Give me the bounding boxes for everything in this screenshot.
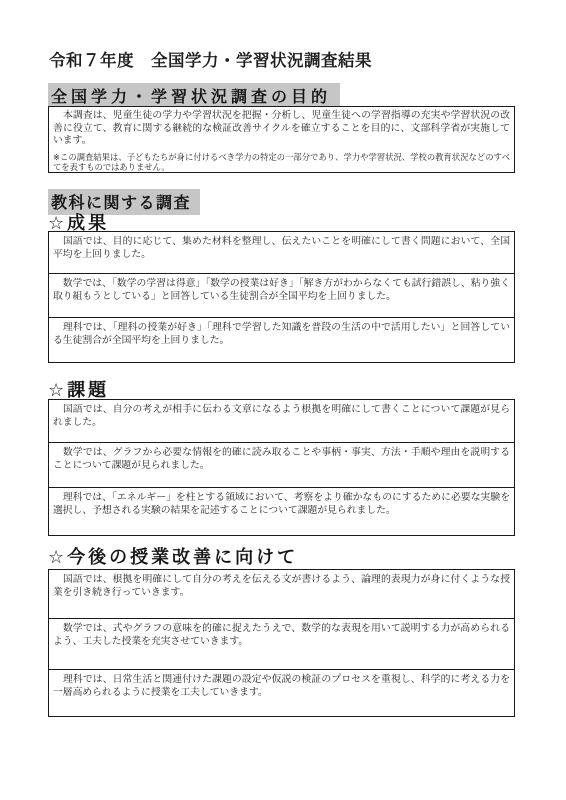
result-item-math-text: 数学では、「数学の学習は得意」「数学の授業は好き」「解き方がわからなくても試行錯… [53, 278, 510, 303]
heading-improvement: ☆今後の授業改善に向けて [48, 543, 298, 569]
page-title: 令和７年度 全国学力・学習状況調査結果 [49, 47, 529, 71]
issue-item-science-text: 理科では、「エネルギー」を柱とする領域において、考察をより確かなものにするために… [53, 492, 510, 517]
result-item-japanese: 国語では、目的に応じて、集めた材料を整理し、伝えたいことを明確にして書く問題にお… [49, 232, 514, 273]
improvement-item-math: 数学では、式やグラフの意味を的確に捉えたうえで、数学的な表現を用いて説明する力が… [49, 618, 514, 669]
issue-item-math: 数学では、グラフから必要な情報を的確に読み取ることや事柄・事実、方法・手順や理由… [49, 442, 514, 487]
issue-item-japanese: 国語では、自分の考えが相手に伝わる文章になるよう根拠を明確にして書くことについて… [49, 400, 514, 442]
results-box: 国語では、目的に応じて、集めた材料を整理し、伝えたいことを明確にして書く問題にお… [48, 231, 515, 363]
issue-item-japanese-text: 国語では、自分の考えが相手に伝わる文章になるよう根拠を明確にして書くことについて… [53, 404, 510, 429]
improvement-item-science-text: 理科では、日常生活と関連付けた課題の設定や仮説の検証のプロセスを重視し、科学的に… [53, 674, 510, 699]
improvement-box: 国語では、根拠を明確にして自分の考えを伝える文が書けるよう、論理的表現力が身に付… [48, 569, 515, 717]
purpose-note: ※この調査結果は、子どもたちが身に付けるべき学力の特定の一部分であり、学力や学習… [53, 152, 510, 173]
issue-item-science: 理科では、「エネルギー」を柱とする領域において、考察をより確かなものにするために… [49, 487, 514, 535]
improvement-item-math-text: 数学では、式やグラフの意味を的確に捉えたうえで、数学的な表現を用いて説明する力が… [53, 623, 510, 648]
issue-item-math-text: 数学では、グラフから必要な情報を的確に読み取ることや事柄・事実、方法・手順や理由… [53, 447, 510, 472]
result-item-science-text: 理科では、「理科の授業が好き」「理科で学習した知識を普段の生活の中で活用したい」… [53, 322, 510, 347]
improvement-item-japanese-text: 国語では、根拠を明確にして自分の考えを伝える文が書けるよう、論理的表現力が身に付… [53, 574, 510, 599]
purpose-box: 本調査は、児童生徒の学力や学習状況を把握・分析し、児童生徒への学習指導の充実や学… [48, 106, 515, 173]
improvement-item-japanese: 国語では、根拠を明確にして自分の考えを伝える文が書けるよう、論理的表現力が身に付… [49, 570, 514, 618]
result-item-science: 理科では、「理科の授業が好き」「理科で学習した知識を普段の生活の中で活用したい」… [49, 317, 514, 362]
issues-box: 国語では、自分の考えが相手に伝わる文章になるよう根拠を明確にして書くことについて… [48, 399, 515, 536]
result-item-japanese-text: 国語では、目的に応じて、集めた材料を整理し、伝えたいことを明確にして書く問題にお… [53, 236, 510, 261]
result-item-math: 数学では、「数学の学習は得意」「数学の授業は好き」「解き方がわからなくても試行錯… [49, 273, 514, 317]
purpose-body: 本調査は、児童生徒の学力や学習状況を把握・分析し、児童生徒への学習指導の充実や学… [53, 110, 510, 148]
document-page: 令和７年度 全国学力・学習状況調査結果 全国学力・学習状況調査の目的 本調査は、… [0, 0, 566, 800]
improvement-item-science: 理科では、日常生活と関連付けた課題の設定や仮説の検証のプロセスを重視し、科学的に… [49, 669, 514, 716]
